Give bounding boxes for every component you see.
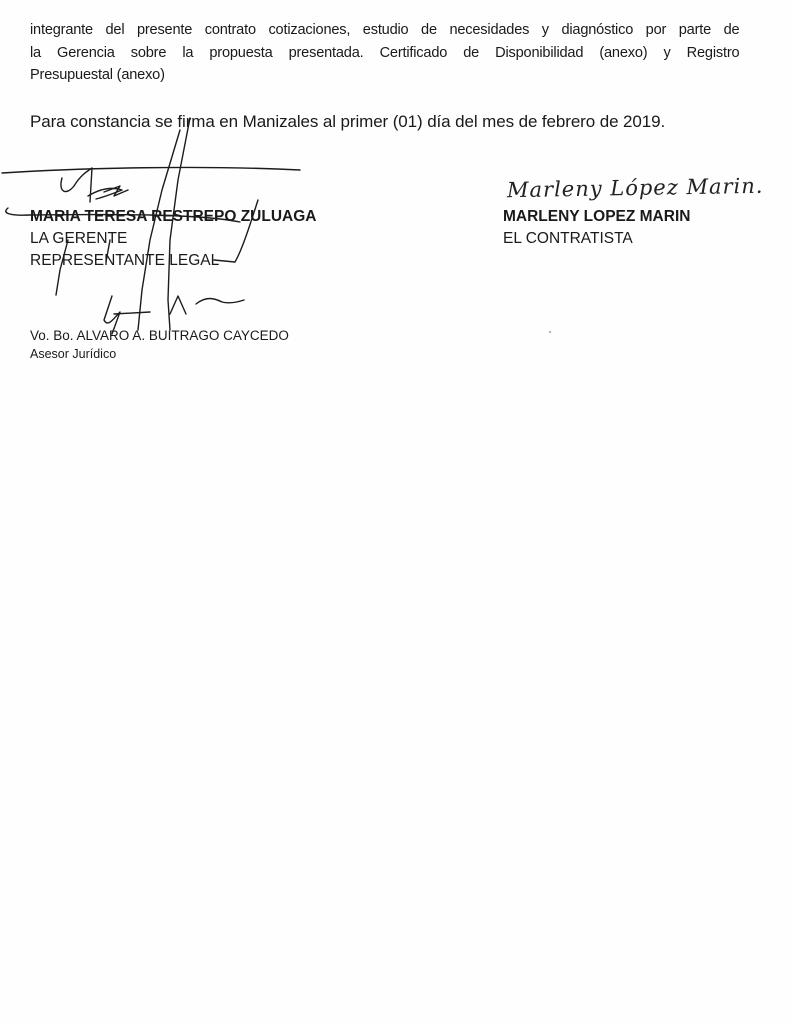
signatory-right-title: EL CONTRATISTA xyxy=(503,228,690,250)
closing-statement: Para constancia se firma en Manizales al… xyxy=(30,112,665,132)
paragraph-line: integrante del presente contrato cotizac… xyxy=(30,19,739,42)
signatory-left: MARIA TERESA RESTREPO ZULUAGA LA GERENTE… xyxy=(30,206,316,272)
paragraph-line: la Gerencia sobre la propuesta presentad… xyxy=(30,42,739,65)
signatory-left-name: MARIA TERESA RESTREPO ZULUAGA xyxy=(30,206,316,228)
approval-role: Asesor Jurídico xyxy=(30,345,289,363)
signatory-left-title: LA GERENTE xyxy=(30,228,316,250)
paragraph-line: Presupuestal (anexo) xyxy=(30,64,739,87)
scan-speck xyxy=(549,331,551,333)
document-page: integrante del presente contrato cotizac… xyxy=(0,0,790,1024)
body-paragraph: integrante del presente contrato cotizac… xyxy=(30,19,739,87)
handwritten-signature-right: Marleny López Marin. xyxy=(507,174,764,202)
signatory-right-name: MARLENY LOPEZ MARIN xyxy=(503,206,690,228)
approval-block: Vo. Bo. ALVARO A. BUITRAGO CAYCEDO Aseso… xyxy=(30,327,289,363)
approval-line: Vo. Bo. ALVARO A. BUITRAGO CAYCEDO xyxy=(30,327,289,345)
signatory-right: MARLENY LOPEZ MARIN EL CONTRATISTA xyxy=(503,206,690,250)
signatory-left-title-2: REPRESENTANTE LEGAL xyxy=(30,250,316,272)
